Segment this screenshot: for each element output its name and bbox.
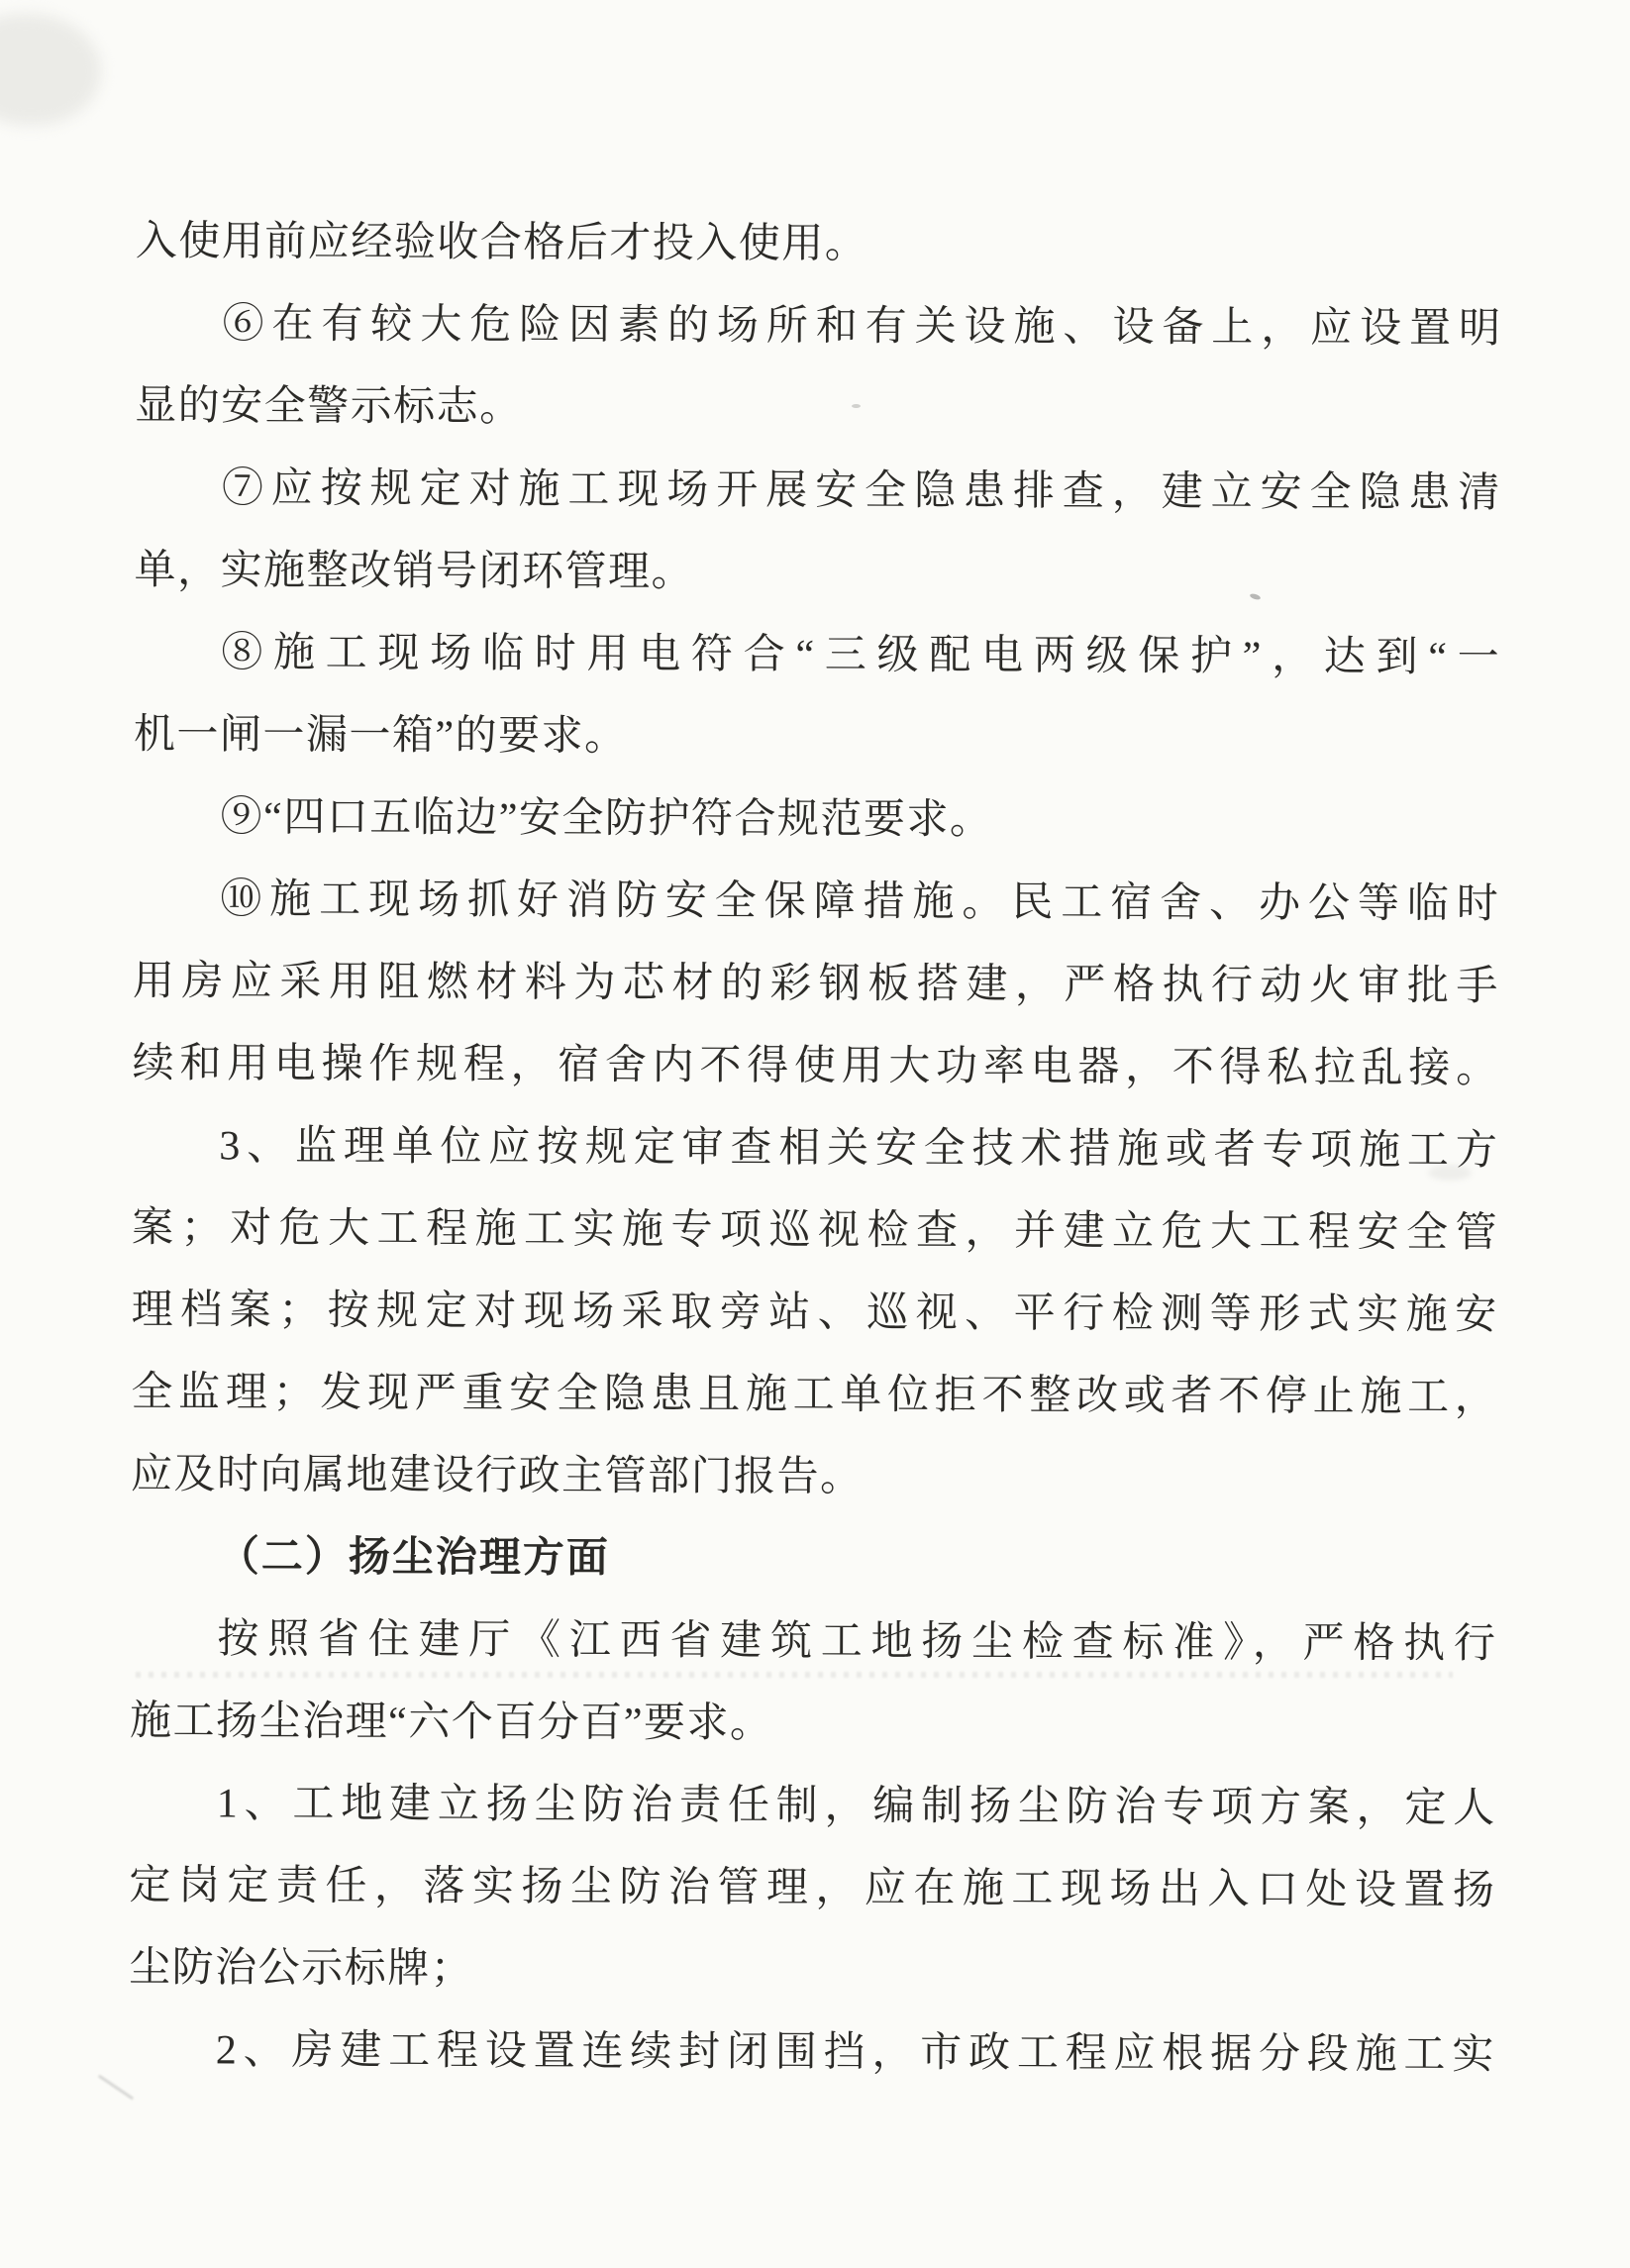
document-line: ⑥在有较大危险因素的场所和有关设施、设备上，应设置明 bbox=[135, 283, 1501, 370]
document-line: ⑦应按规定对施工现场开展安全隐患排查，建立安全隐患清 bbox=[135, 448, 1501, 535]
document-line: 尘防治公示标牌； bbox=[129, 1927, 1495, 2014]
document-line: 应及时向属地建设行政主管部门报告。 bbox=[131, 1434, 1497, 1521]
section-heading: （二）扬尘治理方面 bbox=[131, 1516, 1497, 1603]
document-line: ⑩施工现场抓好消防安全保障措施。民工宿舍、办公等临时 bbox=[133, 859, 1499, 946]
scan-corner-artifact bbox=[0, 14, 101, 125]
document-line: 1、工地建立扬尘防治责任制，编制扬尘防治专项方案，定人 bbox=[130, 1763, 1496, 1850]
document-line: 显的安全警示标志。 bbox=[135, 365, 1501, 453]
document-line: 定岗定责任，落实扬尘防治管理，应在施工现场出入口处设置扬 bbox=[129, 1845, 1495, 1932]
document-line: 机一闸一漏一箱”的要求。 bbox=[134, 694, 1500, 781]
document-line: 单，实施整改销号闭环管理。 bbox=[134, 530, 1500, 617]
document-line: 3、监理单位应按规定审查相关安全技术措施或者专项施工方 bbox=[132, 1105, 1498, 1192]
document-line: 按照省住建厅《江西省建筑工地扬尘检查标准》，严格执行 bbox=[130, 1598, 1496, 1686]
document-line: 案；对危大工程施工实施专项巡视检查，并建立危大工程安全管 bbox=[132, 1187, 1498, 1275]
document-line: 用房应采用阻燃材料为芯材的彩钢板搭建，严格执行动火审批手 bbox=[133, 941, 1499, 1028]
document-line: ⑨“四口五临边”安全防护符合规范要求。 bbox=[133, 776, 1499, 864]
document-line: 续和用电操作规程，宿舍内不得使用大功率电器，不得私拉乱接。 bbox=[132, 1023, 1498, 1110]
document-text-block: 入使用前应经验收合格后才投入使用。⑥在有较大危险因素的场所和有关设施、设备上，应… bbox=[129, 201, 1502, 2097]
document-line: 入使用前应经验收合格后才投入使用。 bbox=[136, 201, 1502, 288]
document-line: 施工扬尘治理“六个百分百”要求。 bbox=[130, 1681, 1496, 1768]
document-line: 2、房建工程设置连续封闭围挡，市政工程应根据分段施工实 bbox=[129, 2010, 1495, 2097]
document-line: 理档案；按规定对现场采取旁站、巡视、平行检测等形式实施安 bbox=[132, 1270, 1498, 1357]
document-line: 全监理；发现严重安全隐患且施工单位拒不整改或者不停止施工， bbox=[131, 1352, 1497, 1439]
scanned-document-page: 入使用前应经验收合格后才投入使用。⑥在有较大危险因素的场所和有关设施、设备上，应… bbox=[0, 0, 1630, 2268]
document-line: ⑧施工现场临时用电符合“三级配电两级保护”，达到“一 bbox=[134, 612, 1500, 699]
